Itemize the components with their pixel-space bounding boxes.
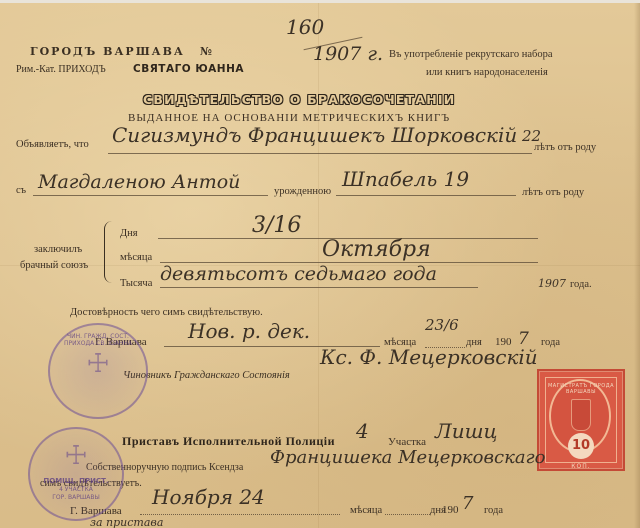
certification-date-handwritten: Нов. р. дек.	[188, 321, 310, 341]
purpose-line-2: или книгъ народонаселенія	[426, 68, 548, 79]
year-label: Тысяча	[120, 279, 152, 290]
purpose-line-1: Въ употребленіе рекрутскаго набора	[389, 50, 553, 61]
paper-edge	[634, 3, 640, 528]
parish-prefix: Рим.-Кат. ПРИХОДЪ	[16, 65, 106, 75]
precinct-number: 4	[356, 421, 369, 441]
police-date-dots	[140, 514, 340, 515]
police-seal: ☩ ПОМІЩ. ПРИСТ. 4 УЧАСТКА ГОР. ВАРШАВЫ	[28, 427, 124, 521]
police-date-handwritten: Ноября 24	[152, 487, 265, 507]
bride-maiden-name-handwritten: Шпабель 19	[342, 169, 469, 189]
groom-name-line	[108, 153, 532, 154]
marriage-certificate: ГОРОДЪ ВАРШАВА № 160 1907 г. Рим.-Кат. П…	[0, 3, 640, 528]
official-signature: Кс. Ф. Мецерковскій	[320, 347, 538, 367]
bride-born-label: урожденною	[274, 187, 331, 198]
city-label: ГОРОДЪ ВАРШАВА	[30, 46, 185, 57]
police-title: Приставъ Исполнительной Полиціи	[122, 435, 335, 447]
certification-month-value: 23/6	[425, 318, 459, 333]
coat-of-arms-icon	[571, 399, 591, 431]
brace	[104, 221, 113, 283]
civil-registrar-seal: ЧИН. ГРАЖД. СОСТ. ПРИХОДА СВ. ІОАННА ☩	[48, 323, 148, 419]
groom-label: Объявляетъ, что	[16, 140, 89, 151]
month-label: мѣсяца	[120, 253, 152, 264]
marriage-label-2: брачный союзъ	[20, 261, 88, 272]
year-line	[160, 287, 478, 288]
groom-name-handwritten: Сигизмундъ Францишекъ Шорковскій	[112, 125, 517, 145]
day-label: Дня	[120, 229, 138, 240]
year-suffix: года.	[570, 280, 592, 291]
stamp-value: 10	[568, 433, 594, 459]
bride-label: съ	[16, 186, 26, 197]
double-headed-eagle-icon: ☩	[86, 349, 109, 379]
official-title: Чиновникъ Гражданскаго Состоянія	[123, 371, 290, 382]
certification-year-suffix: года	[541, 338, 560, 349]
bride-name-line	[33, 195, 268, 196]
priest-name-handwritten: Францишека Мецерковскаго	[270, 449, 545, 467]
groom-age-suffix: лѣтъ отъ роду	[534, 143, 596, 154]
bride-maiden-line	[336, 195, 516, 196]
revenue-stamp: МАГИСТРАТЪ ГОРОДА ВАРШАВЫ 10 КОП.	[537, 369, 625, 471]
police-month-dots	[385, 514, 430, 515]
bride-name-handwritten: Магдаленою Антой	[38, 173, 240, 192]
police-year-handwritten: 7	[462, 495, 473, 513]
police-year-suffix: года	[484, 506, 503, 517]
certification-text: Достовѣрность чего симъ свидѣтельствую.	[70, 308, 263, 319]
certificate-number-handwritten: 160	[286, 17, 324, 37]
double-headed-eagle-icon: ☩	[64, 441, 87, 471]
year-words-handwritten: девятьсотъ седьмаго года	[160, 265, 437, 284]
marriage-label-1: заключилъ	[34, 245, 82, 256]
police-month-label: мѣсяца	[350, 506, 382, 517]
day-value-handwritten: 3/16	[252, 215, 301, 237]
police-note-handwritten: за пристава	[90, 517, 163, 528]
year-digits: 1907	[538, 278, 566, 289]
parish-name: СВЯТАГО ЮАННА	[133, 64, 244, 75]
year-handwritten: 1907 г.	[313, 45, 383, 64]
month-value-handwritten: Октября	[322, 239, 431, 261]
police-year-printed: 190	[442, 505, 459, 516]
bride-age-suffix: лѣтъ отъ роду	[522, 188, 584, 199]
document-title: СВИДѢТЕЛЬСТВО О БРАКОСОЧЕТАНІИ	[143, 94, 455, 107]
precinct-signature: Лишц	[435, 421, 497, 441]
number-sign: №	[200, 46, 214, 57]
